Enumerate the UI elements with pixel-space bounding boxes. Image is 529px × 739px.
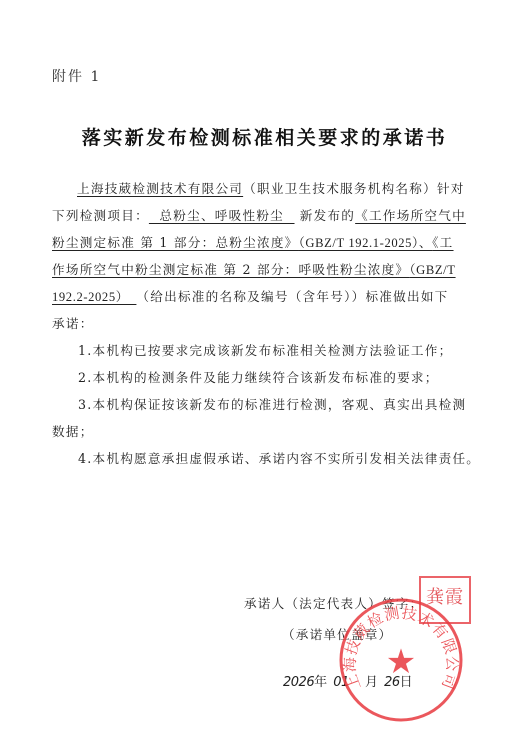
standard-code-filled: （GBZ/T <box>409 263 455 277</box>
body-line-6: 承诺： <box>52 315 492 333</box>
test-items-filled: 总粉尘、呼吸性粉尘 <box>149 208 295 223</box>
standard-name-filled: 《工 <box>432 235 453 250</box>
standard-name-filled: 粉尘测定标准 第 1 部分：总粉尘浓度》 <box>52 235 299 250</box>
date-year-unit: 年 <box>314 675 327 690</box>
company-seal-icon: 上海技葳检测技术有限公司 ★ <box>338 597 464 723</box>
standard-name-filled: 作场所空气中粉尘测定标准 第 2 部分：呼吸性粉尘浓度》 <box>52 262 409 277</box>
document-title: 落实新发布检测标准相关要求的承诺书 <box>0 123 529 150</box>
body-text: 新发布的 <box>295 208 356 223</box>
body-line-4: 作场所空气中粉尘测定标准 第 2 部分：呼吸性粉尘浓度》（GBZ/T <box>52 261 492 279</box>
commitment-item-2: 2.本机构的检测条件及能力继续符合该新发布标准的要求； <box>52 369 518 387</box>
body-line-1: 上海技葳检测技术有限公司（职业卫生技术服务机构名称）针对 <box>52 180 492 198</box>
body-text: （给出标准的名称及编号（含年号））标准做出如下 <box>136 289 448 304</box>
document-page: 附件 1 落实新发布检测标准相关要求的承诺书 上海技葳检测技术有限公司（职业卫生… <box>0 0 529 739</box>
commitment-item-3: 3.本机构保证按该新发布的标准进行检测，客观、真实出具检测 <box>52 396 518 414</box>
body-line-3: 粉尘测定标准 第 1 部分：总粉尘浓度》（GBZ/T 192.1-2025）、《… <box>52 234 492 252</box>
date-year: 2026 <box>283 675 314 690</box>
standard-name-filled: 《工作场所空气中 <box>355 208 466 223</box>
commitment-item-1: 1.本机构已按要求完成该新发布标准相关检测方法验证工作； <box>52 342 518 360</box>
body-text: （职业卫生技术服务机构名称）针对 <box>243 181 465 196</box>
standard-code-filled: 192.2-2025） <box>52 290 136 304</box>
attachment-label: 附件 1 <box>52 66 101 86</box>
body-line-5: 192.2-2025） （给出标准的名称及编号（含年号））标准做出如下 <box>52 288 492 306</box>
commitment-item-4: 4.本机构愿意承担虚假承诺、承诺内容不实所引发相关法律责任。 <box>52 450 518 468</box>
seal-star-icon: ★ <box>386 642 416 682</box>
body-text: 下列检测项目： <box>52 208 149 223</box>
body-line-2: 下列检测项目： 总粉尘、呼吸性粉尘 新发布的《工作场所空气中 <box>52 207 492 225</box>
standard-code-filled: （GBZ/T 192.1-2025）、 <box>299 236 433 250</box>
commitment-item-3-cont: 数据； <box>52 423 492 441</box>
company-name-filled: 上海技葳检测技术有限公司 <box>77 181 243 196</box>
